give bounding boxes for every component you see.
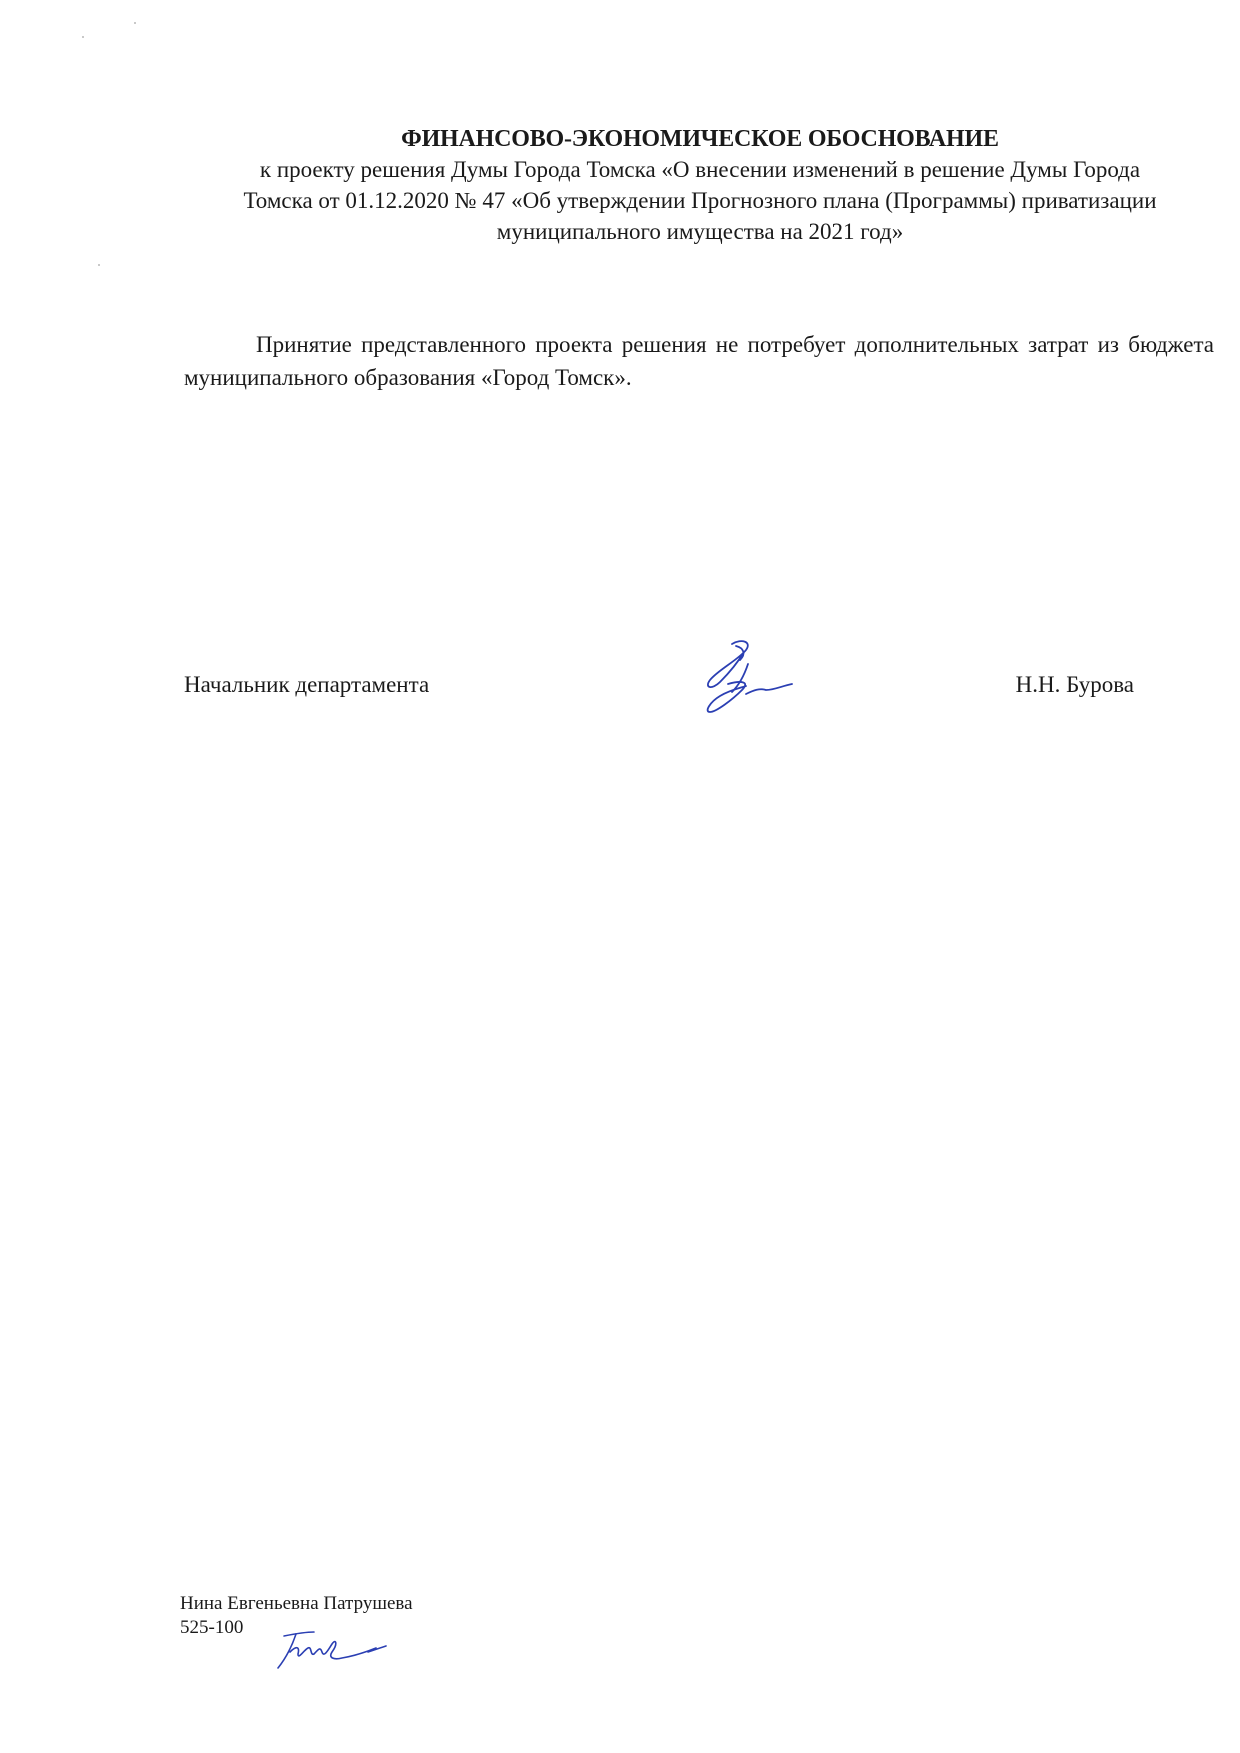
scan-speck (98, 264, 100, 266)
scan-speck (82, 36, 84, 38)
executor-signature-icon (268, 1628, 388, 1672)
handwritten-signature-icon (688, 636, 798, 716)
signatory-position: Начальник департамента (184, 670, 429, 700)
document-subtitle-line-2: Томска от 01.12.2020 № 47 «Об утверждени… (180, 185, 1220, 216)
scan-speck (134, 22, 136, 24)
executor-name: Нина Евгеньевна Патрушева (180, 1592, 413, 1616)
document-subtitle-line-1: к проекту решения Думы Города Томска «О … (180, 154, 1220, 185)
document-page: ФИНАНСОВО-ЭКОНОМИЧЕСКОЕ ОБОСНОВАНИЕ к пр… (0, 0, 1240, 1753)
signature-block: Начальник департамента Н.Н. Бурова (184, 670, 1134, 730)
body-paragraph: Принятие представленного проекта решения… (184, 328, 1214, 394)
signatory-name: Н.Н. Бурова (1016, 670, 1134, 700)
document-title: ФИНАНСОВО-ЭКОНОМИЧЕСКОЕ ОБОСНОВАНИЕ (180, 124, 1220, 154)
document-header: ФИНАНСОВО-ЭКОНОМИЧЕСКОЕ ОБОСНОВАНИЕ к пр… (180, 124, 1220, 247)
document-subtitle-line-3: муниципального имущества на 2021 год» (180, 216, 1220, 247)
